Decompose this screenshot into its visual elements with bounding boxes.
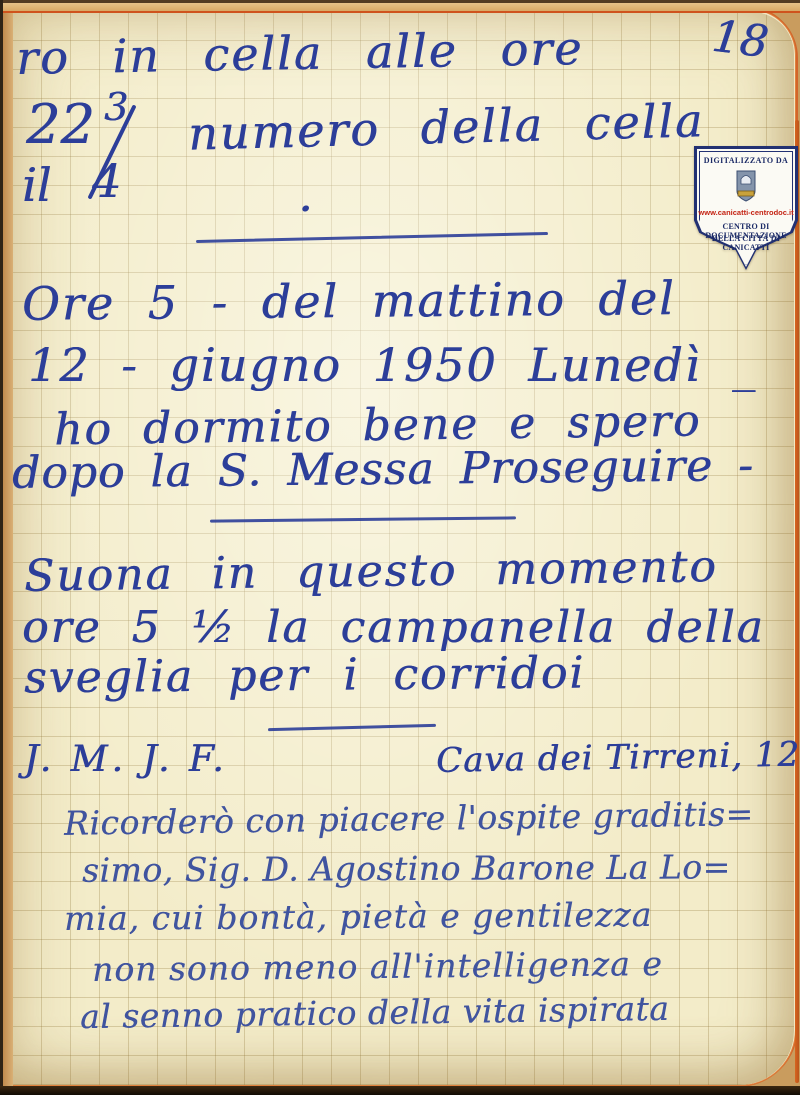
handwriting-para3-line2: ore 5 ½ la campanella della (22, 606, 765, 650)
handwriting-para2-line4: dopo la S. Messa Proseguire - (12, 444, 754, 496)
handwriting-para2-line1: Ore 5 - del mattino del (22, 275, 676, 327)
notebook-left-binding (3, 0, 13, 1095)
stamp-website: www.canicatti-centrodoc.it (694, 208, 798, 217)
handwriting-para4-line3: mia, cui bontà, pietà e gentilezza (64, 898, 653, 935)
handwriting-line-3-period: . (298, 172, 313, 218)
handwriting-hour-22: 22 (26, 98, 95, 152)
notebook-top-binding (0, 3, 800, 13)
handwriting-para4-line2: simo, Sig. D. Agostino Barone La Lo= (82, 850, 731, 886)
page-number: 18 (710, 15, 771, 65)
handwriting-para4-line1: Ricorderò con piacere l'ospite graditis= (64, 797, 754, 840)
handwriting-para3-line1: Suona in questo momento (24, 545, 718, 599)
handwriting-para4-line5: al senno pratico della vita ispirata (80, 992, 670, 1033)
handwriting-para3-line3: sveglia per i corridoi (24, 652, 586, 701)
stamp-header-label: DIGITALIZZATO DA (694, 156, 798, 165)
handwriting-para2-line2: 12 - giugno 1950 Lunedì _ (28, 342, 757, 388)
stamp-org-line2: DELLA CITTÀ DI CANICATTÌ (694, 234, 798, 252)
handwriting-dateline: Cava dei Tirreni, 12-6-50 (436, 736, 800, 778)
handwriting-initials: J. M. J. F. (24, 742, 228, 778)
scanned-diary-page: 18 ro in cella alle ore 22 3 4 numero de… (0, 0, 800, 1095)
handwriting-line-1: ro in cella alle ore (16, 25, 584, 81)
fraction-denominator: 4 (92, 158, 121, 204)
digitization-stamp: DIGITALIZZATO DA www.canicatti-centrodoc… (694, 146, 798, 270)
handwriting-line-3: il (22, 162, 51, 208)
handwriting-para4-line4: non sono meno all'intelligenza e (92, 947, 663, 986)
canicatti-coat-of-arms-icon (734, 170, 758, 207)
notebook-bottom-edge (0, 1086, 800, 1095)
handwriting-line-2: numero della cella (187, 97, 704, 157)
notebook-left-edge (0, 0, 3, 1095)
